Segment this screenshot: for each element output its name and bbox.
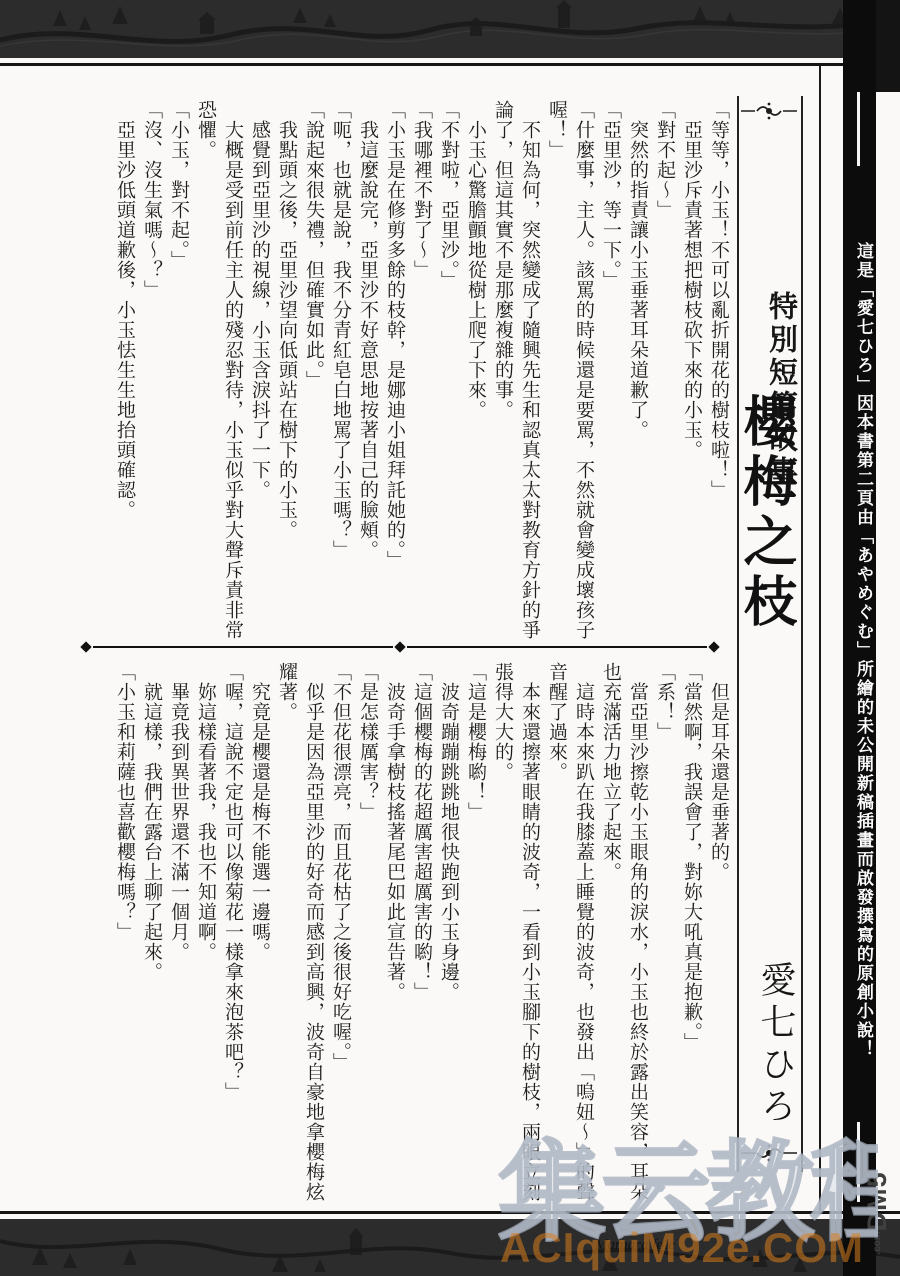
story-paragraph: 但是耳朵還是垂著的。 bbox=[705, 662, 732, 1202]
story-paragraph: 波奇手拿樹枝搖著尾巴如此宣告著。 bbox=[381, 662, 408, 1202]
story-part2: 但是耳朵還是垂著的。「當然啊，我誤會了，對妳大吼真是抱歉。」「系！」當亞里沙擦乾… bbox=[67, 662, 732, 1202]
story-paragraph: 當亞里沙擦乾小玉眼角的淚水，小玉也終於露出笑容，耳朵也充滿活力地立了起來。 bbox=[597, 662, 651, 1202]
story-paragraph: 突然的指責讓小玉垂著耳朵道歉了。 bbox=[624, 100, 651, 640]
story-paragraph: 「呃，也就是說，我不分青紅皂白地罵了小玉嗎？」 bbox=[327, 100, 354, 640]
ornament-top-icon bbox=[735, 98, 803, 124]
story-paragraph: 「小玉，對不起。」 bbox=[165, 100, 192, 640]
story-paragraph: 似乎是因為亞里沙的好奇而感到高興，波奇自豪地拿櫻梅炫耀著。 bbox=[273, 662, 327, 1202]
story-paragraph: 本來還擦著眼睛的波奇，一看到小玉腳下的樹枝，兩眼立刻張得大大的。 bbox=[489, 662, 543, 1202]
story-paragraph: 「喔，這說不定也可以像菊花一樣拿來泡茶吧？」 bbox=[219, 662, 246, 1202]
story-paragraph: 「等等，小玉！不可以亂折開花的樹枝啦！」 bbox=[705, 100, 732, 640]
story-paragraph: 大概是受到前任主人的殘忍對待，小玉似乎對大聲斥責非常恐懼。 bbox=[192, 100, 246, 640]
story-paragraph: 「小玉和莉薩也喜歡櫻梅嗎？」 bbox=[111, 662, 138, 1202]
story-title: 櫻梅之枝 bbox=[735, 368, 805, 658]
story-paragraph: 「說起來很失禮，但確實如此。」 bbox=[300, 100, 327, 640]
story-part1: 「等等，小玉！不可以亂折開花的樹枝啦！」亞里沙斥責著想把樹枝砍下來的小玉。「對不… bbox=[67, 100, 732, 640]
story-paragraph: 亞里沙斥責著想把樹枝砍下來的小玉。 bbox=[678, 100, 705, 640]
story-paragraph: 感覺到亞里沙的視線，小玉含淚抖了一下。 bbox=[246, 100, 273, 640]
story-paragraph: 「這是櫻梅喲！」 bbox=[462, 662, 489, 1202]
story-paragraph: 「對不起～」 bbox=[651, 100, 678, 640]
story-paragraph: 我這麼說完，亞里沙不好意思地按著自己的臉頰。 bbox=[354, 100, 381, 640]
vertical-rule bbox=[819, 66, 821, 1211]
story-paragraph: 「小玉是在修剪多餘的枝幹，是娜迪小姐拜託她的。」 bbox=[381, 100, 408, 640]
story-paragraph: 「我哪裡不對了～」 bbox=[408, 100, 435, 640]
story-paragraph: 妳這樣看著我，我也不知道啊。 bbox=[192, 662, 219, 1202]
section-divider bbox=[82, 642, 718, 652]
story-paragraph: 「不對啦，亞里沙。」 bbox=[435, 100, 462, 640]
story-author: 愛七ひろ bbox=[738, 950, 802, 1140]
story-paragraph: 「是怎樣厲害？」 bbox=[354, 662, 381, 1202]
map-artwork-icon bbox=[0, 0, 900, 58]
story-paragraph: 「這個櫻梅的花超厲害超厲害的喲！」 bbox=[408, 662, 435, 1202]
story-paragraph: 「不但花很漂亮，而且花枯了之後很好吃喔。」 bbox=[327, 662, 354, 1202]
divider-diamond-left-icon bbox=[80, 641, 91, 652]
top-rule bbox=[0, 63, 900, 66]
story-paragraph: 畢竟我到異世界還不滿一個月。 bbox=[165, 662, 192, 1202]
story-paragraph: 亞里沙低頭道歉後，小玉怯生生地抬頭確認。 bbox=[111, 100, 138, 640]
url-watermark: ACIquiM92e.COM bbox=[500, 1224, 890, 1272]
story-paragraph: 「沒、沒生氣嗎～？」 bbox=[138, 100, 165, 640]
story-paragraph: 小玉心驚膽顫地從樹上爬了下來。 bbox=[462, 100, 489, 640]
divider-diamond-right-icon bbox=[708, 641, 719, 652]
story-paragraph: 不知為何，突然變成了隨興先生和認真太太對教育方針的爭論了，但這其實不是那麼複雜的… bbox=[489, 100, 543, 640]
story-paragraph: 我點頭之後，亞里沙望向低頭站在樹下的小玉。 bbox=[273, 100, 300, 640]
story-paragraph: 波奇蹦蹦跳跳地很快跑到小玉身邊。 bbox=[435, 662, 462, 1202]
sidebar-note: 這是「愛七ひろ」因本書第二頁由「あやめぐむ」所繪的未公開新稿插畫而啟發撰寫的原創… bbox=[843, 170, 876, 1130]
story-paragraph: 就這樣，我們在露台上聊了起來。 bbox=[138, 662, 165, 1202]
story-paragraph: 「什麼事，主人。該罵的時候還是要罵，不然就會變成壞孩子喔！」 bbox=[543, 100, 597, 640]
story-paragraph: 究竟是櫻還是梅不能選一邊嗎。 bbox=[246, 662, 273, 1202]
story-paragraph: 「系！」 bbox=[651, 662, 678, 1202]
corner-patch bbox=[876, 0, 900, 92]
sidebar-dash-top bbox=[857, 92, 860, 166]
divider-line bbox=[93, 646, 393, 648]
story-paragraph: 「當然啊，我誤會了，對妳大吼真是抱歉。」 bbox=[678, 662, 705, 1202]
story-paragraph: 這時本來趴在我膝蓋上睡覺的波奇，也發出「嗚妞～」的聲音醒了過來。 bbox=[543, 662, 597, 1202]
divider-line bbox=[407, 646, 707, 648]
story-paragraph: 「亞里沙，等一下。」 bbox=[597, 100, 624, 640]
divider-diamond-center-icon bbox=[394, 641, 405, 652]
map-border-top bbox=[0, 0, 900, 58]
